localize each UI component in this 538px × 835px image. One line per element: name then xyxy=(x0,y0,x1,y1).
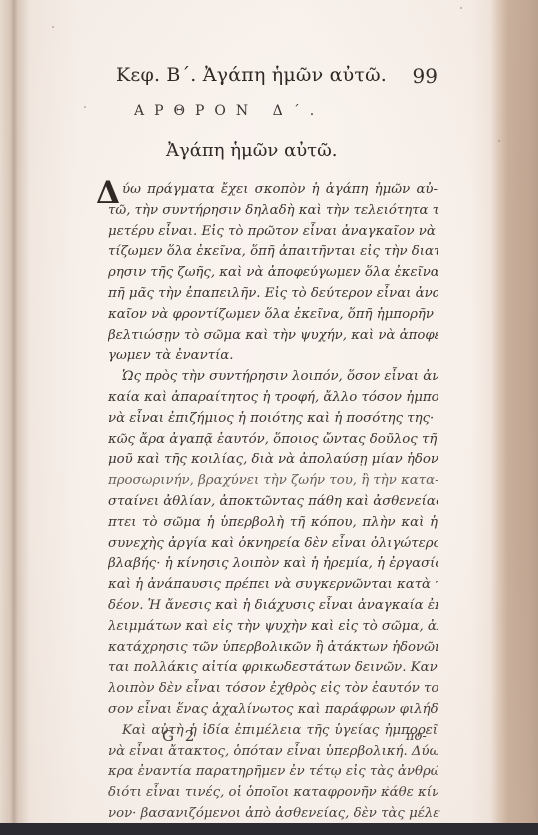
running-head: Κεφ. Β΄. Ἀγάπη ἡμῶν αὐτῶ. 99 xyxy=(116,64,438,92)
paper-speck xyxy=(498,140,500,142)
page-number: 99 xyxy=(413,64,438,88)
text-line: καὶ ἡ ἀνάπαυσις πρέπει νὰ συγκερνῶνται κ… xyxy=(108,575,438,596)
section-subtitle: Ἀγάπη ἡμῶν αὐτῶ. xyxy=(166,140,338,161)
text-line: κῶς ἄρα ἀγαπᾷ ἑαυτόν, ὅποιος ὤντας δοῦλο… xyxy=(108,430,438,451)
text-line: λοιπὸν δὲν εἶναι τόσον ἐχθρὸς εἰς τὸν ἑα… xyxy=(108,679,438,700)
text-line: σον εἶναι ἕνας ἀχαλίνωτος καὶ παράφρων φ… xyxy=(108,700,438,721)
drop-cap: Δ xyxy=(96,178,120,209)
text-line: βελτιώσῃν τὸ σῶμα καὶ τὴν ψυχήν, καὶ νὰ … xyxy=(108,326,438,347)
body-text: Δ ύω πράγματα ἔχει σκοπὸν ἡ ἀγάπη ἡμῶν α… xyxy=(108,180,438,823)
text-line: τίζωμεν ὅλα ἐκεῖνα, ὅπῆ ἀπαιτῆνται εἰς τ… xyxy=(108,242,438,263)
text-line: πτει τὸ σῶμα ἡ ὑπερβολὴ τῆ κόπου, πλὴν κ… xyxy=(108,513,438,534)
text-line: καῖον νὰ φροντίζωμεν ὅλα ἐκεῖνα, ὅπῆ ἠμπ… xyxy=(108,305,438,326)
text-line: ται πολλάκις αἰτία φρικωδεστάτων δεινῶν.… xyxy=(108,658,438,679)
text-line: νον· βασανιζόμενοι ἀπὸ ἀσθενείας, δὲν τὰ… xyxy=(108,804,438,823)
text-line: καία καὶ ἀπαραίτητος ἡ τροφή, ἄλλο τόσον… xyxy=(108,388,438,409)
article-heading: ΑΡΘΡΟΝ Δ΄. xyxy=(134,103,374,119)
scan-background-edge xyxy=(0,823,538,835)
text-line: βλαβής· ἡ κίνησις λοιπὸν καὶ ἡ ἠρεμία, ἡ… xyxy=(108,554,438,575)
paper-speck xyxy=(438,810,440,812)
text-line: τῶ, τὴν συντήρησιν δηλαδὴ καὶ τὴν τελειό… xyxy=(108,201,438,222)
text-line: κρα ἐναντία παρατηρῆμεν ἐν τέτῳ εἰς τὰς … xyxy=(108,762,438,783)
text-line: μετέρυ εἶναι. Εἰς τὸ πρῶτον εἶναι ἀναγκα… xyxy=(108,222,438,243)
text-line: λειμμάτων καὶ εἰς τὴν ψυχὴν καὶ εἰς τὸ σ… xyxy=(108,617,438,638)
text-line: Ὡς πρὸς τὴν συντήρησιν λοιπόν, ὅσον εἶνα… xyxy=(108,367,438,388)
text-line: προσωρινήν, βραχύνει τὴν ζωήν του, ἢ τὴν… xyxy=(108,471,438,492)
text-line: νὰ εἶναι ἐπιζήμιος ἡ ποιότης καὶ ἡ ποσότ… xyxy=(108,409,438,430)
text-line: συνεχὴς ἀργία καὶ ὀκνηρεία δὲν εἶναι ὀλι… xyxy=(108,534,438,555)
paper-speck xyxy=(387,786,389,788)
text-line: μοῦ καὶ τῆς κοιλίας, διὰ νὰ ἀπολαύσῃ μία… xyxy=(108,450,438,471)
running-head-title: Κεφ. Β΄. Ἀγάπη ἡμῶν αὐτῶ. xyxy=(116,64,387,86)
text-line: ρησιν τῆς ζωῆς, καὶ νὰ ἀποφεύγωμεν ὅλα ἐ… xyxy=(108,263,438,284)
text-line: ύω πράγματα ἔχει σκοπὸν ἡ ἀγάπη ἡμῶν αὐ- xyxy=(108,180,438,201)
text-line: νὰ εἶναι ἄτακτος, ὁπόταν εἶναι ὑπερβολικ… xyxy=(108,742,438,763)
signature-mark: G 2 xyxy=(162,727,197,745)
scanned-book-page: Κεφ. Β΄. Ἀγάπη ἡμῶν αὐτῶ. 99 ΑΡΘΡΟΝ Δ΄. … xyxy=(0,0,538,823)
text-line: κατάχρησις τῶν ὑπερβολικῶν ἢ ἀτάκτων ἡδο… xyxy=(108,638,438,659)
text-line: δέον. Ἡ ἄνεσις καὶ ἡ διάχυσις εἶναι ἀναγ… xyxy=(108,596,438,617)
text-line: σταίνει ἀθλίαν, ἀποκτῶντας πάθη καὶ ἀσθε… xyxy=(108,492,438,513)
text-line: γωμεν τὰ ἐναντία. xyxy=(108,346,438,367)
catchword: πο- xyxy=(406,729,427,744)
paper-speck xyxy=(52,26,54,28)
text-line: πῆ μᾶς τὴν ἐπαπειλῆν. Εἰς τὸ δεύτερον εἶ… xyxy=(108,284,438,305)
text-line: Καὶ αὐτὴ ἡ ἰδία ἐπιμέλεια τῆς ὑγείας ἠμπ… xyxy=(108,721,438,742)
paper-speck xyxy=(84,106,86,108)
paper-speck xyxy=(460,7,462,9)
